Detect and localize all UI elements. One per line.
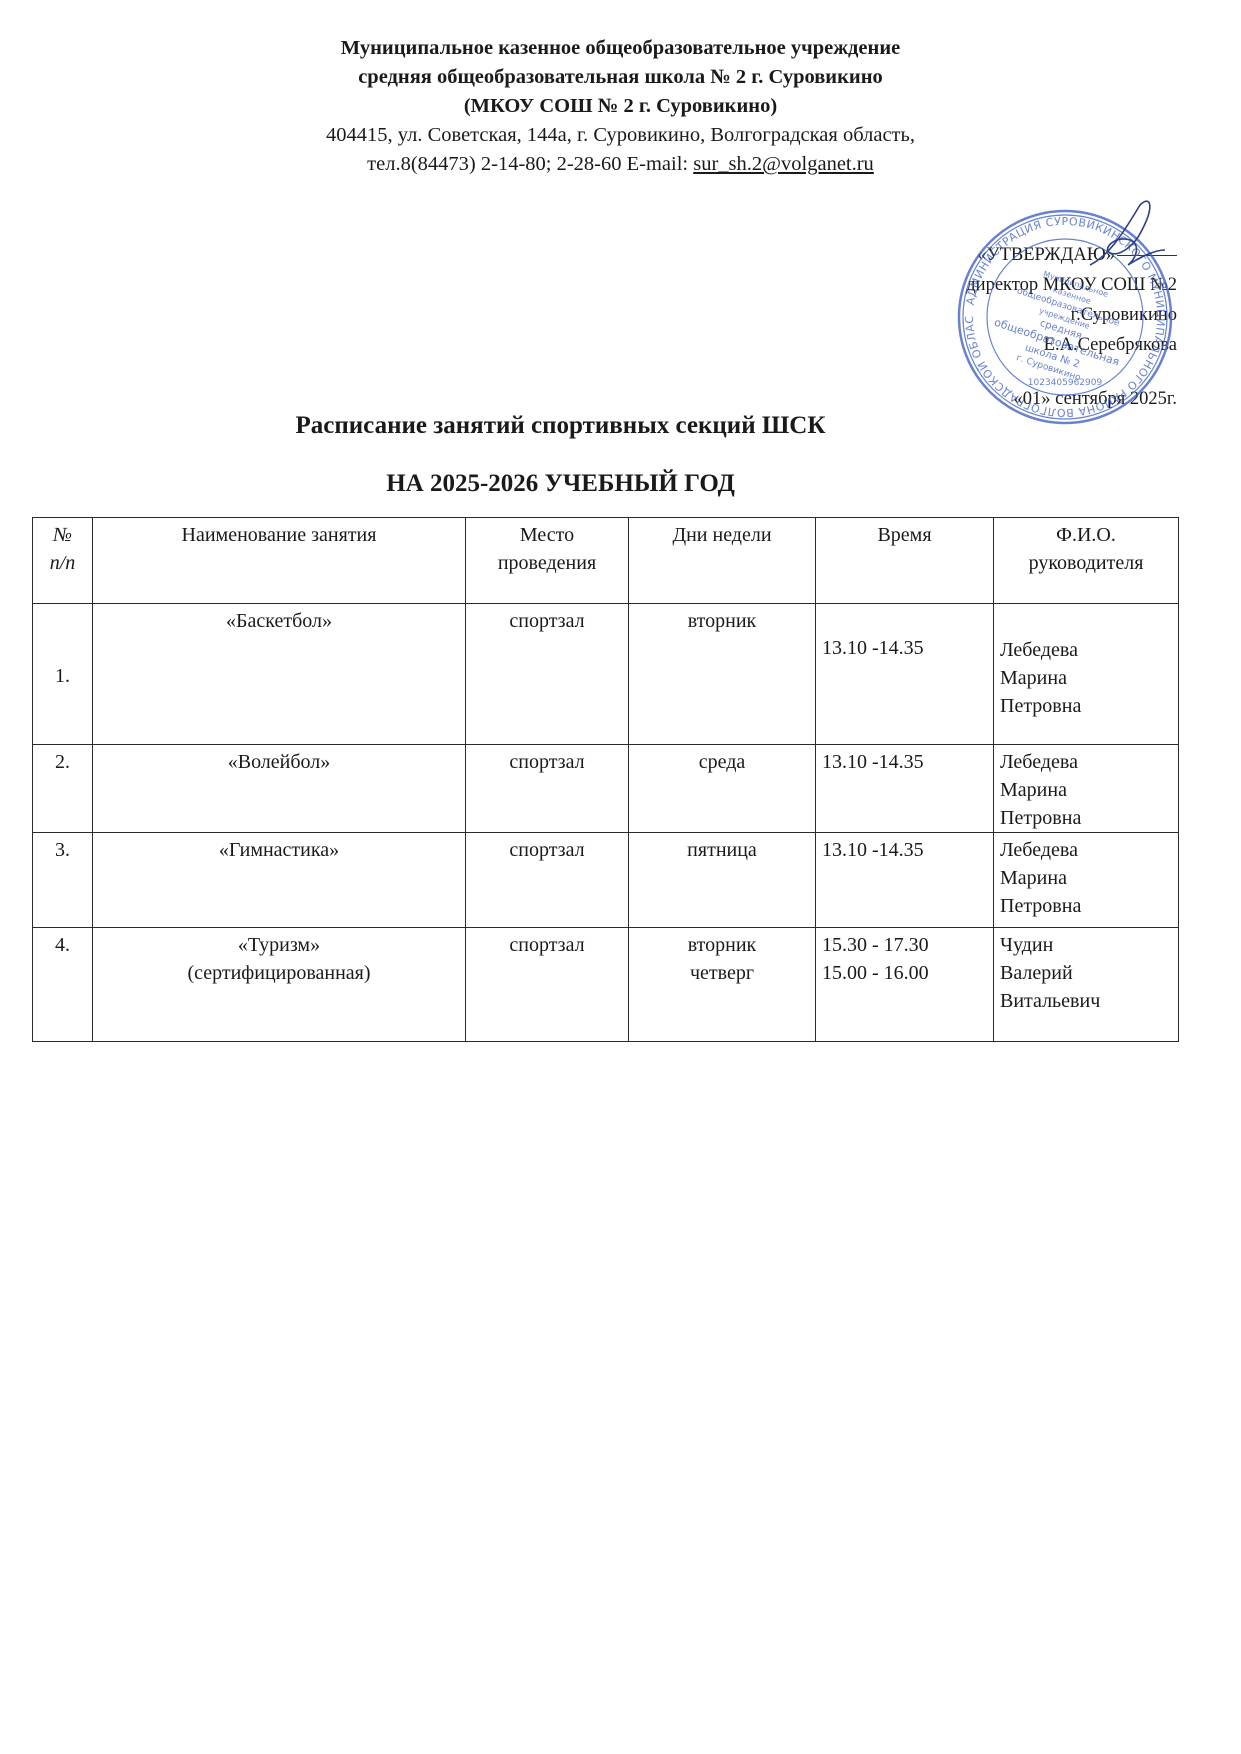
cell-time: 15.30 - 17.30 15.00 - 16.00 (816, 928, 994, 1042)
page-title: Расписание занятий спортивных секций ШСК (0, 412, 1181, 440)
header-name: Наименование занятия (93, 518, 466, 604)
org-short-name: (МКОУ СОШ № 2 г. Суровикино) (0, 92, 1241, 121)
table-row: 3. «Гимнастика» спортзал пятница 13.10 -… (33, 833, 1179, 928)
approval-city: г.Суровикино (966, 300, 1177, 330)
org-phone: тел.8(84473) 2-14-80; 2-28-60 E-mail: (367, 153, 693, 175)
cell-leader: Лебедева Марина Петровна (994, 604, 1179, 745)
cell-num: 2. (33, 745, 93, 833)
cell-days: пятница (629, 833, 816, 928)
header-days: Дни недели (629, 518, 816, 604)
header-time: Время (816, 518, 994, 604)
org-name-line2: средняя общеобразовательная школа № 2 г.… (0, 63, 1241, 92)
cell-leader: Чудин Валерий Витальевич (994, 928, 1179, 1042)
approve-label: «УТВЕРЖДАЮ» (977, 245, 1115, 265)
cell-num: 3. (33, 833, 93, 928)
cell-days: вторник четверг (629, 928, 816, 1042)
approval-block: «УТВЕРЖДАЮ» директор МКОУ СОШ №2 г.Суров… (966, 240, 1177, 414)
cell-num: 1. (33, 604, 93, 745)
cell-name: «Волейбол» (93, 745, 466, 833)
table-row: 1. «Баскетбол» спортзал вторник 13.10 -1… (33, 604, 1179, 745)
cell-days: вторник (629, 604, 816, 745)
org-contacts: тел.8(84473) 2-14-80; 2-28-60 E-mail: su… (0, 150, 1241, 179)
header-num: № п/п (33, 518, 93, 604)
cell-time: 13.10 -14.35 (816, 745, 994, 833)
cell-name: «Гимнастика» (93, 833, 466, 928)
cell-leader: Лебедева Марина Петровна (994, 833, 1179, 928)
cell-name: «Баскетбол» (93, 604, 466, 745)
cell-time: 13.10 -14.35 (816, 833, 994, 928)
org-email-link[interactable]: sur_sh.2@volganet.ru (693, 153, 874, 175)
cell-time: 13.10 -14.35 (816, 604, 994, 745)
page-subtitle: НА 2025-2026 УЧЕБНЫЙ ГОД (0, 470, 1181, 498)
approval-name: Е.А.Серебрякова (966, 330, 1177, 360)
approval-position: директор МКОУ СОШ №2 (966, 270, 1177, 300)
cell-place: спортзал (466, 745, 629, 833)
table-header-row: № п/п Наименование занятия Место проведе… (33, 518, 1179, 604)
approval-heading: «УТВЕРЖДАЮ» (966, 240, 1177, 270)
header-place: Место проведения (466, 518, 629, 604)
approval-date: «01» сентября 2025г. (966, 384, 1177, 414)
cell-leader: Лебедева Марина Петровна (994, 745, 1179, 833)
cell-place: спортзал (466, 928, 629, 1042)
cell-name: «Туризм» (сертифицированная) (93, 928, 466, 1042)
cell-num: 4. (33, 928, 93, 1042)
table-row: 4. «Туризм» (сертифицированная) спортзал… (33, 928, 1179, 1042)
header-leader: Ф.И.О. руководителя (994, 518, 1179, 604)
cell-days: среда (629, 745, 816, 833)
cell-place: спортзал (466, 604, 629, 745)
cell-place: спортзал (466, 833, 629, 928)
table-row: 2. «Волейбол» спортзал среда 13.10 -14.3… (33, 745, 1179, 833)
school-header: Муниципальное казенное общеобразовательн… (0, 34, 1241, 179)
org-name-line1: Муниципальное казенное общеобразовательн… (0, 34, 1241, 63)
signature-line (1117, 255, 1177, 256)
schedule-table: № п/п Наименование занятия Место проведе… (32, 517, 1179, 1042)
org-address: 404415, ул. Советская, 144а, г. Суровики… (0, 121, 1241, 150)
